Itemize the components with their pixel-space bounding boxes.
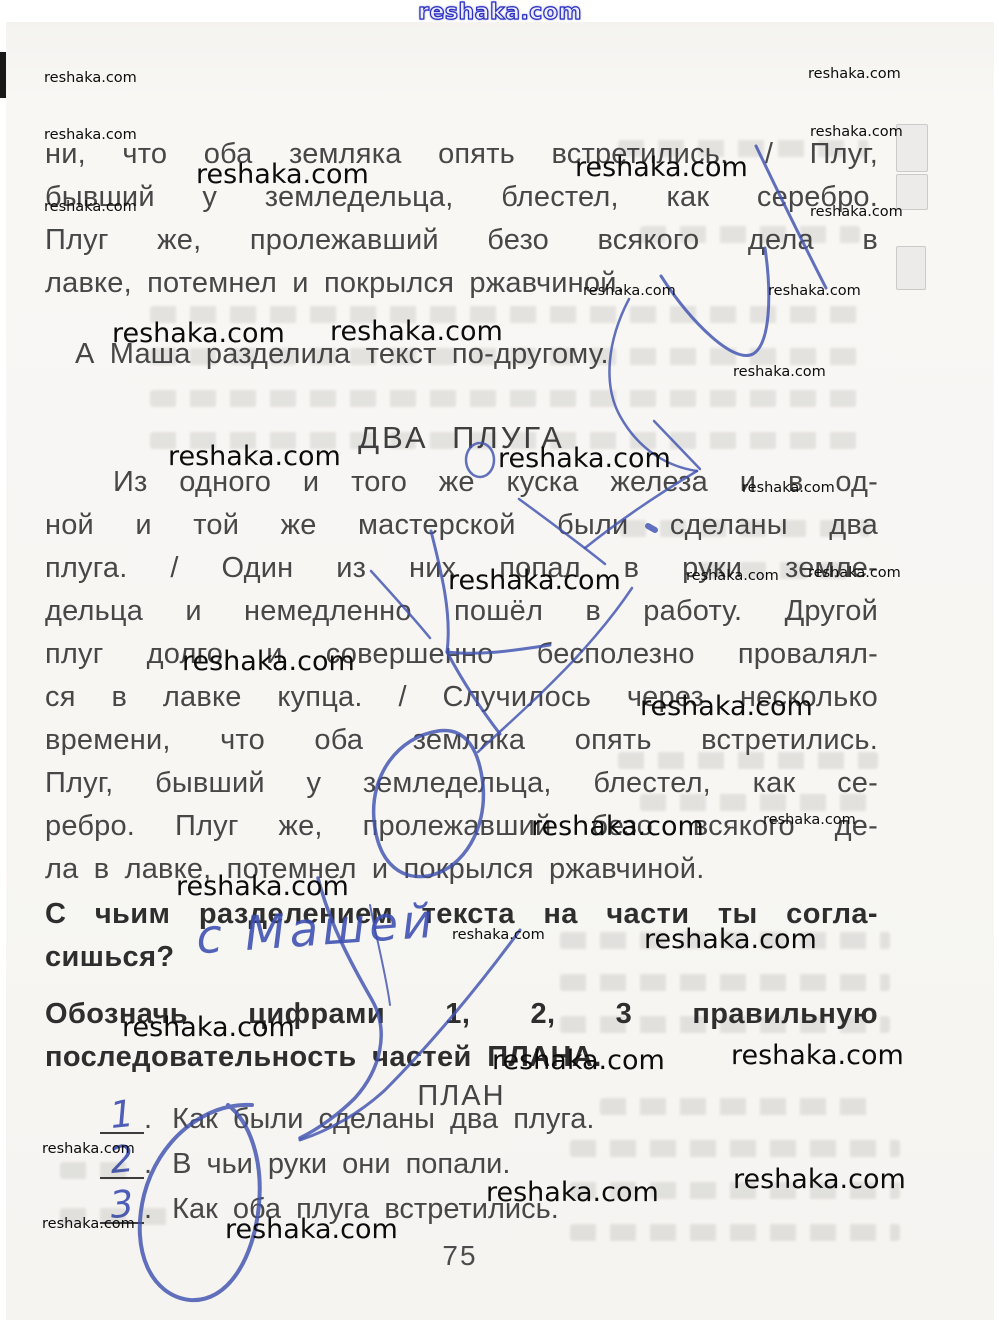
text-line: ребро. Плуг же, пролежавший безо всякого… [45, 805, 878, 848]
watermark: reshaka.com [44, 199, 137, 215]
watermark: reshaka.com [810, 204, 903, 220]
plan-item-period: . [144, 1103, 152, 1135]
watermark: reshaka.com [808, 66, 901, 82]
watermark: reshaka.com [686, 568, 779, 584]
watermark: reshaka.com [644, 924, 817, 955]
watermark: reshaka.com [486, 1177, 659, 1208]
bleedthrough-text-ghost [570, 1140, 900, 1157]
watermark: reshaka.com [808, 565, 901, 581]
answer-blank[interactable]: 1 [100, 1102, 144, 1134]
watermark: reshaka.com [448, 565, 621, 596]
paragraph-continuation: ни, что оба земляка опять встретились. /… [45, 133, 878, 305]
watermark: reshaka.com [498, 443, 671, 474]
bleedthrough-text-ghost [570, 1224, 900, 1241]
watermark: reshaka.com [122, 1012, 295, 1043]
watermark: reshaka.com [112, 318, 285, 349]
bleedthrough-text-ghost [640, 794, 870, 811]
watermark: reshaka.com [44, 127, 137, 143]
text-line: бывший у земледельца, блестел, как сереб… [45, 176, 878, 219]
watermark: reshaka.com [733, 1164, 906, 1195]
watermark: reshaka.com [452, 927, 545, 943]
scan-edge-artifact [0, 52, 6, 98]
bleedthrough-margin-badge [896, 246, 926, 290]
page-number: 75 [0, 1240, 920, 1272]
watermark: reshaka.com [810, 124, 903, 140]
watermark: reshaka.com [42, 1141, 135, 1157]
bleedthrough-text-ghost [618, 752, 878, 769]
watermark: reshaka.com [182, 646, 355, 677]
watermark: reshaka.com [225, 1214, 398, 1245]
text-line: лавке, потемнел и покрылся ржавчиной. [45, 262, 878, 305]
watermark: reshaka.com [176, 871, 349, 902]
watermark: reshaka.com [763, 812, 856, 828]
watermark: reshaka.com [640, 691, 813, 722]
watermark: reshaka.com [168, 441, 341, 472]
watermark: reshaka.com [531, 811, 704, 842]
watermark: reshaka.com [583, 283, 676, 299]
scanned-workbook-page: { "watermark": { "text": "reshaka.com", … [0, 0, 1000, 1335]
bleedthrough-text-ghost [620, 520, 870, 537]
bleedthrough-text-ghost [600, 1098, 870, 1115]
text-line: плуг долго и совершенно бесполезно прова… [45, 633, 878, 676]
bleedthrough-text-ghost [150, 390, 870, 407]
text-line: дельца и немедленно пошёл в работу. Друг… [45, 590, 878, 633]
plan-item-period: . [144, 1148, 152, 1180]
bleedthrough-text-ghost [560, 1016, 890, 1033]
watermark: reshaka.com [492, 1045, 665, 1076]
watermark: reshaka.com [196, 159, 369, 190]
bleedthrough-text-ghost [560, 974, 890, 991]
text-line: ла в лавке, потемнел и покрылся ржавчино… [45, 848, 878, 891]
watermark: reshaka.com [733, 364, 826, 380]
watermark: reshaka.com [44, 70, 137, 86]
watermark: reshaka.com [330, 316, 503, 347]
watermark: reshaka.com [731, 1040, 904, 1071]
bleedthrough-text-ghost [150, 348, 870, 365]
watermark: reshaka.com [575, 152, 748, 183]
watermark-top: reshaka.com [0, 0, 1000, 25]
watermark: reshaka.com [742, 480, 835, 496]
bleedthrough-text-ghost [640, 226, 860, 243]
plan-item-text: В чьи руки они попали. [172, 1148, 510, 1180]
watermark: reshaka.com [42, 1216, 135, 1232]
plan-item-text: Как были сделаны два плуга. [172, 1103, 594, 1135]
handwritten-digit: 1 [108, 1092, 136, 1137]
bleedthrough-text-ghost [60, 1162, 130, 1179]
watermark: reshaka.com [768, 283, 861, 299]
